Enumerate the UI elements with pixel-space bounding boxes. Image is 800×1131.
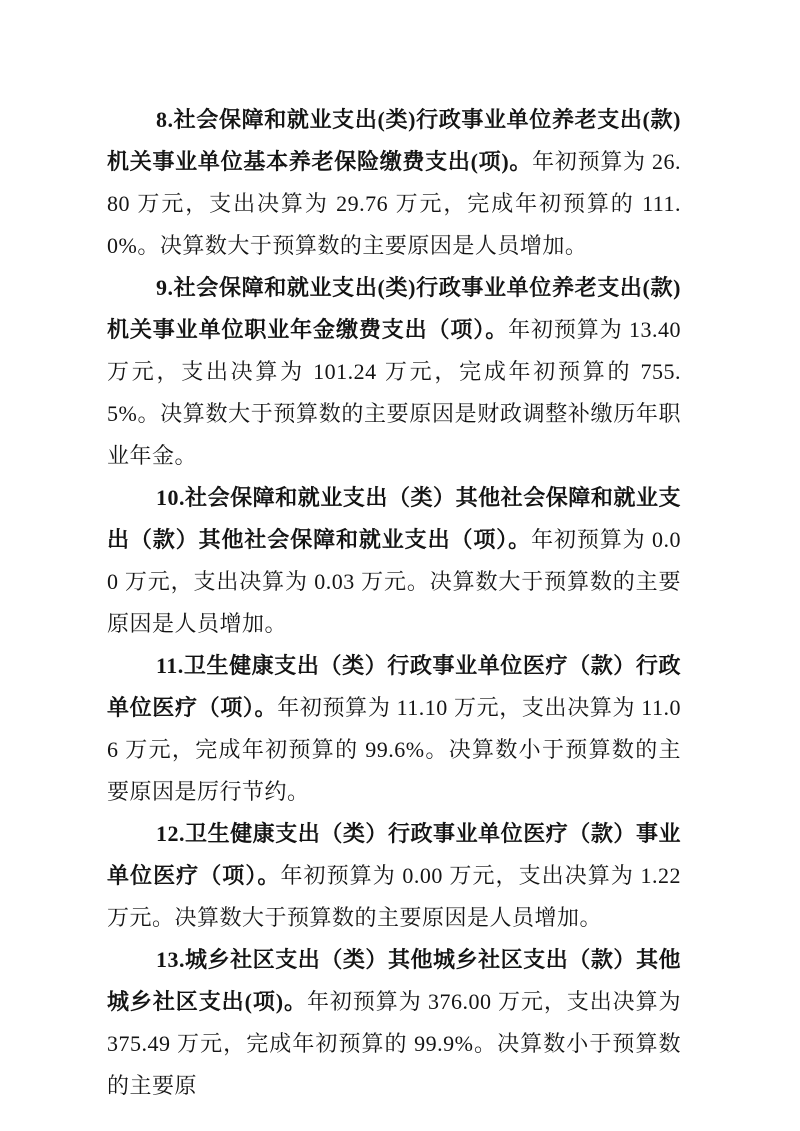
document-page: 8.社会保障和就业支出(类)行政事业单位养老支出(款)机关事业单位基本养老保险缴…	[0, 0, 800, 1131]
document-body: 8.社会保障和就业支出(类)行政事业单位养老支出(款)机关事业单位基本养老保险缴…	[107, 99, 681, 1107]
budget-item-paragraph-8: 8.社会保障和就业支出(类)行政事业单位养老支出(款)机关事业单位基本养老保险缴…	[107, 99, 681, 267]
budget-item-paragraph-10: 10.社会保障和就业支出（类）其他社会保障和就业支出（款）其他社会保障和就业支出…	[107, 477, 681, 645]
budget-item-paragraph-11: 11.卫生健康支出（类）行政事业单位医疗（款）行政单位医疗（项）。年初预算为 1…	[107, 645, 681, 813]
budget-item-paragraph-9: 9.社会保障和就业支出(类)行政事业单位养老支出(款)机关事业单位职业年金缴费支…	[107, 267, 681, 477]
budget-item-paragraph-12: 12.卫生健康支出（类）行政事业单位医疗（款）事业单位医疗（项）。年初预算为 0…	[107, 813, 681, 939]
budget-item-paragraph-13: 13.城乡社区支出（类）其他城乡社区支出（款）其他城乡社区支出(项)。年初预算为…	[107, 939, 681, 1107]
